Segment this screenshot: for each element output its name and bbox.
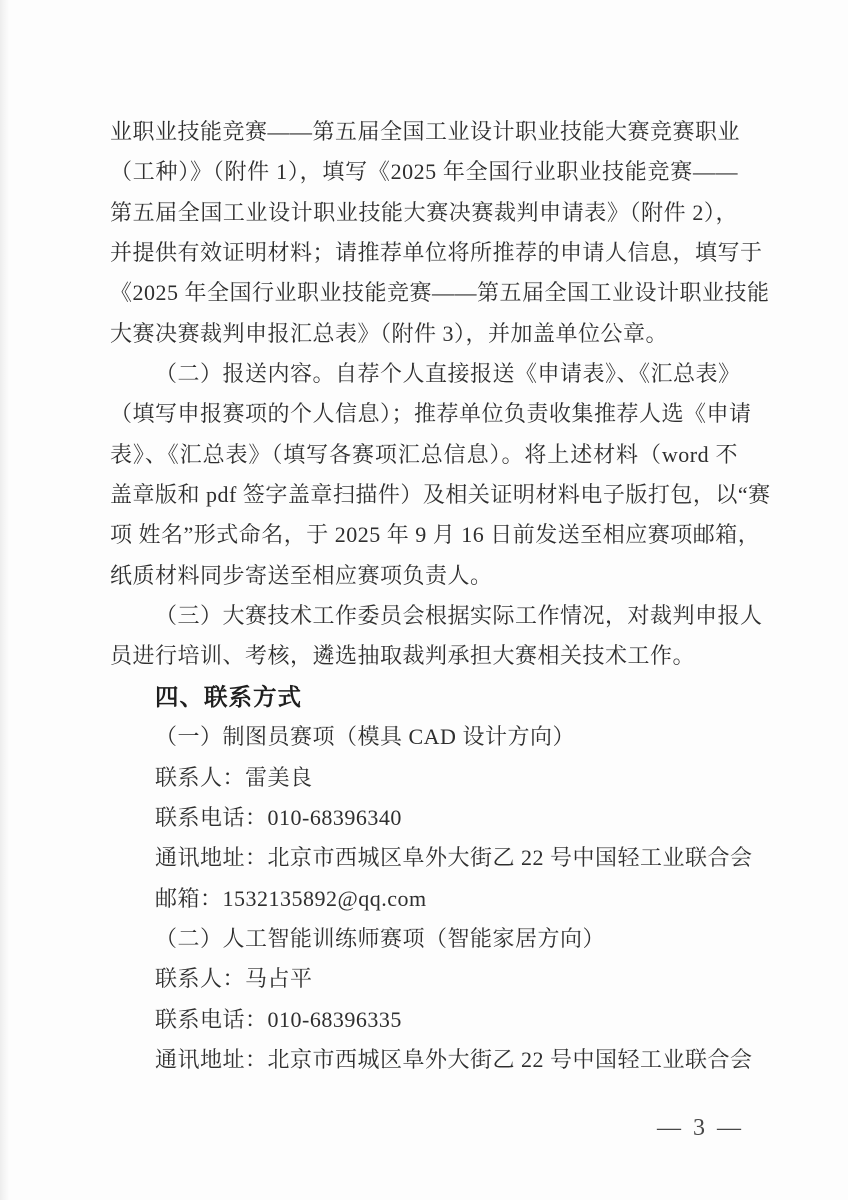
- document-body: 业职业技能竞赛——第五届全国工业设计职业技能大赛竞赛职业（工种）》（附件 1），…: [110, 112, 738, 1080]
- scan-edge-shadow: [0, 0, 9, 1200]
- document-page: 业职业技能竞赛——第五届全国工业设计职业技能大赛竞赛职业（工种）》（附件 1），…: [0, 0, 848, 1200]
- text-line: 通讯地址：北京市西城区阜外大街乙 22 号中国轻工业联合会: [110, 838, 738, 878]
- text-line: 盖章版和 pdf 签字盖章扫描件）及相关证明材料电子版打包，以“赛: [110, 475, 738, 515]
- text-line: 《2025 年全国行业职业技能竞赛——第五届全国工业设计职业技能: [110, 273, 738, 313]
- text-line: 邮箱：1532135892@qq.com: [110, 879, 738, 919]
- text-line: 联系电话：010-68396335: [110, 1000, 738, 1040]
- text-line: （二）报送内容。自荐个人直接报送《申请表》、《汇总表》: [110, 354, 738, 394]
- text-line: （一）制图员赛项（模具 CAD 设计方向）: [110, 717, 738, 757]
- page-number: — 3 —: [657, 1112, 744, 1144]
- text-line: 大赛决赛裁判申报汇总表》（附件 3），并加盖单位公章。: [110, 314, 738, 354]
- text-line: （工种）》（附件 1），填写《2025 年全国行业职业技能竞赛——: [110, 152, 738, 192]
- text-line: （二）人工智能训练师赛项（智能家居方向）: [110, 919, 738, 959]
- text-line: 联系人：马占平: [110, 959, 738, 999]
- text-line: 通讯地址：北京市西城区阜外大街乙 22 号中国轻工业联合会: [110, 1040, 738, 1080]
- text-line: 业职业技能竞赛——第五届全国工业设计职业技能大赛竞赛职业: [110, 112, 738, 152]
- text-line: 第五届全国工业设计职业技能大赛决赛裁判申请表》（附件 2），: [110, 193, 738, 233]
- section-heading: 四、联系方式: [110, 677, 738, 717]
- text-line: 纸质材料同步寄送至相应赛项负责人。: [110, 556, 738, 596]
- text-line: 联系电话：010-68396340: [110, 798, 738, 838]
- text-line: 联系人：雷美良: [110, 758, 738, 798]
- text-line: （填写申报赛项的个人信息）；推荐单位负责收集推荐人选《申请: [110, 394, 738, 434]
- text-line: 表》、《汇总表》（填写各赛项汇总信息）。将上述材料（word 不: [110, 435, 738, 475]
- text-line: 并提供有效证明材料；请推荐单位将所推荐的申请人信息，填写于: [110, 233, 738, 273]
- text-line: （三）大赛技术工作委员会根据实际工作情况，对裁判申报人: [110, 596, 738, 636]
- text-line: 项 姓名”形式命名，于 2025 年 9 月 16 日前发送至相应赛项邮箱，: [110, 515, 738, 555]
- text-line: 员进行培训、考核，遴选抽取裁判承担大赛相关技术工作。: [110, 636, 738, 676]
